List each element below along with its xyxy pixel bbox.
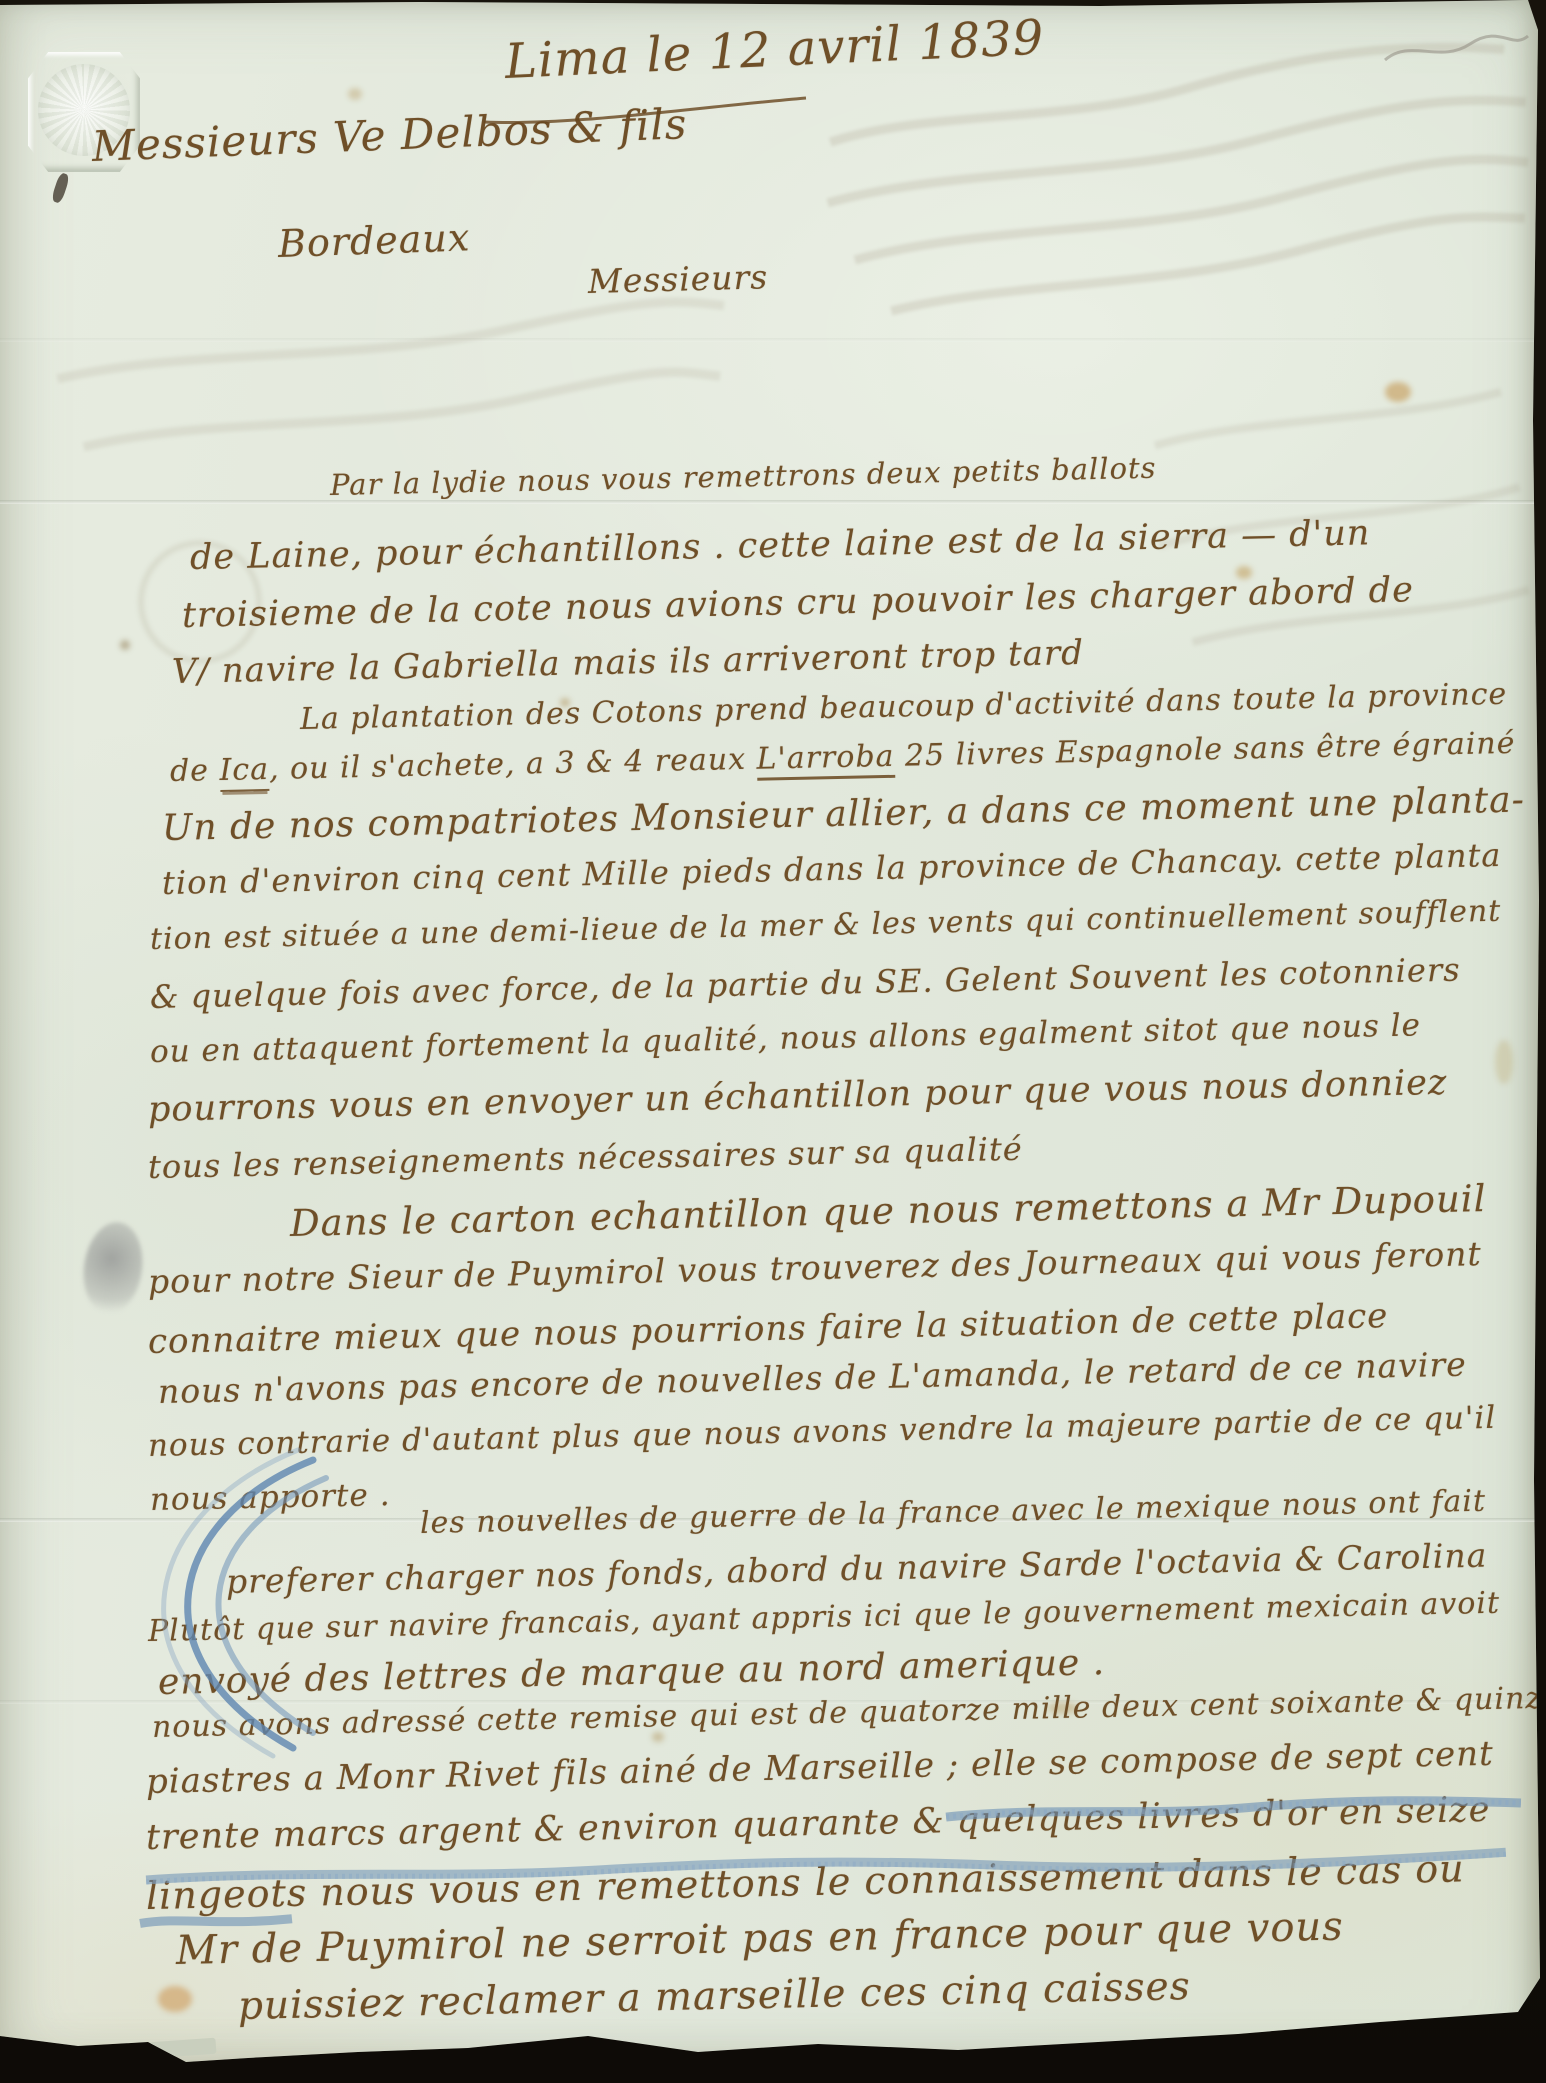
line-text: , ou il s'achete, a 3 & 4 reaux — [269, 742, 757, 787]
paper-fragment — [150, 2038, 217, 2059]
letter-line: & quelque fois avec force, de la partie … — [150, 951, 1461, 1016]
letter-line: Dans le carton echantillon que nous reme… — [290, 1177, 1487, 1245]
bleed-through-writing — [820, 60, 1546, 340]
line-text: de — [170, 753, 220, 789]
stain — [348, 88, 362, 100]
recipient-name: Messieurs Ve Delbos & fils — [91, 99, 688, 171]
salutation: Messieurs — [587, 257, 768, 301]
blue-crayon-underline — [140, 1911, 300, 1934]
blue-crayon-parenthesis — [88, 1448, 338, 1760]
letter-line: puissiez reclamer a marseille ces cinq c… — [238, 1964, 1192, 2029]
letter-line: tous les renseignements nécessaires sur … — [148, 1130, 1024, 1186]
letter-line: pour notre Sieur de Puymirol vous trouve… — [148, 1234, 1482, 1301]
letter-line: tion est située a une demi-lieue de la m… — [150, 894, 1502, 957]
letter-line: Mr de Puymirol ne serroit pas en france … — [176, 1904, 1345, 1974]
ink-nick — [51, 172, 71, 204]
stain — [120, 640, 130, 650]
letter-line: piastres a Monr Rivet fils ainé de Marse… — [146, 1734, 1495, 1802]
letter-line: nous contrarie d'autant plus que nous av… — [148, 1400, 1497, 1464]
stain — [1495, 1040, 1513, 1084]
underlined-word-arroba: L'arroba — [756, 739, 895, 781]
pencil-squiggle — [1380, 22, 1540, 82]
letter-page: Lima le 12 avril 1839 Messieurs Ve Delbo… — [0, 0, 1546, 2083]
letter-line: La plantation des Cotons prend beaucoup … — [300, 677, 1508, 737]
letter-line: les nouvelles de guerre de la france ave… — [420, 1484, 1487, 1541]
letter-line: pourrons vous en envoyer un échantillon … — [148, 1063, 1448, 1130]
line-text: 25 livres Espagnole sans être égrainé — [894, 726, 1516, 774]
bleed-through-writing — [40, 300, 740, 480]
letter-line: ou en attaquent fortement la qualité, no… — [150, 1007, 1422, 1070]
stain — [1385, 382, 1411, 402]
underlined-word-ica: Ica — [219, 752, 269, 792]
letter-line: Un de nos compatriotes Monsieur allier, … — [162, 779, 1526, 849]
stain — [158, 1986, 192, 2012]
grey-blot — [78, 1218, 148, 1317]
letter-line: V/ navire la Gabriella mais ils arrivero… — [172, 633, 1085, 692]
recipient-city: Bordeaux — [277, 215, 471, 266]
scanned-letter: Lima le 12 avril 1839 Messieurs Ve Delbo… — [0, 0, 1546, 2083]
letter-line: tion d'environ cinq cent Mille pieds dan… — [162, 836, 1502, 902]
